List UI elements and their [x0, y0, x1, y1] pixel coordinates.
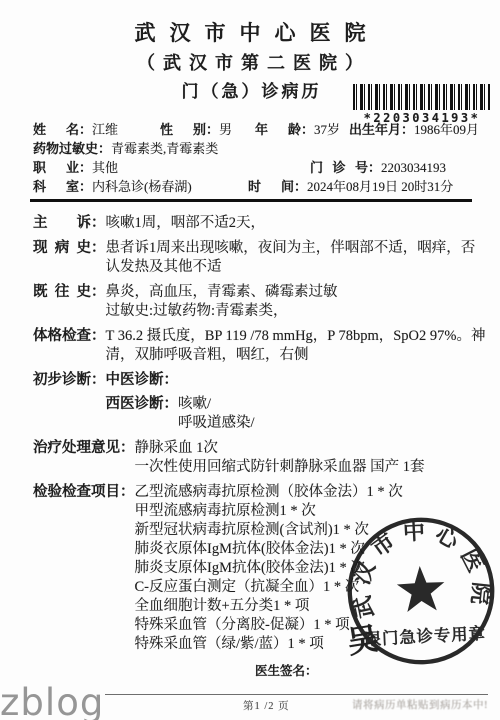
department-label: 科室 [33, 176, 79, 195]
diagnosis-label: 初步诊断 [33, 371, 91, 390]
treatment-label: 治疗处理意见 [33, 439, 120, 458]
colon: ： [91, 328, 106, 344]
physical-exam-label: 体格检查 [33, 327, 91, 346]
department-field: 科室：内科急诊(杨春湖) [33, 176, 192, 195]
tcm-diagnosis-label: 中医诊断： [106, 371, 489, 390]
colon: ： [79, 122, 92, 137]
present-illness-label: 现病史 [33, 239, 91, 258]
colon: ： [206, 122, 219, 137]
colon: ： [91, 240, 106, 256]
paste-note: 请将病历单粘贴到病历本中! [352, 697, 488, 712]
lab-item: 乙型流感病毒抗原检测（胶体金法）1 * 次 [135, 483, 489, 502]
patient-info: 姓名：江维 性别：男 年龄：37岁 出生年月：1986年09月 药物过敏史：青霉… [33, 119, 490, 195]
hospital-alias: （武汉市第二医院） [0, 52, 500, 75]
chief-complaint-section: 主诉： 咳嗽1周，咽部不适2天， [33, 214, 488, 233]
colon: ： [91, 372, 106, 388]
age-label: 年龄 [255, 119, 301, 138]
gender-label: 性别 [160, 119, 206, 138]
patient-row-2: 药物过敏史：青霉素类,青霉素类 [33, 138, 490, 157]
section-divider [30, 199, 472, 202]
physical-exam-section: 体格检查： T 36.2 摄氏度，BP 119 /78 mmHg，P 78bpm… [33, 327, 488, 365]
colon: ： [91, 215, 106, 231]
visit-time-label: 时间 [248, 176, 294, 195]
present-illness-section: 现病史： 患者诉1周来出现咳嗽，夜间为主，伴咽部不适，咽痒，否认发热及其他不适 [33, 239, 488, 277]
lab-tests-label: 检验检查项目 [33, 483, 120, 502]
gender-value: 男 [219, 122, 232, 137]
star-icon [396, 565, 446, 613]
western-diagnosis-label: 西医诊断： [106, 395, 179, 433]
physical-exam-text: T 36.2 摄氏度，BP 119 /78 mmHg，P 78bpm，SpO2 … [106, 327, 489, 365]
treatment-text: 静脉采血 1次 一次性使用回缩式防针刺静脉采血器 国产 1套 [135, 439, 489, 477]
colon: ： [120, 484, 135, 500]
medical-record-page: 武汉市中心医院 （武汉市第二医院） 门（急）诊病历 *2203034193* 姓… [0, 0, 500, 720]
western-diagnosis-item: 咳嗽/ [178, 395, 255, 414]
patient-age-field: 年龄：37岁 [255, 119, 340, 138]
present-illness-text: 患者诉1周来出现咳嗽，夜间为主，伴咽部不适，咽痒，否认发热及其他不适 [106, 239, 489, 277]
barcode-image [353, 84, 491, 110]
visit-time-field: 时间：2024年08月19日 20时31分 [248, 176, 453, 195]
chief-complaint-text: 咳嗽1周，咽部不适2天， [106, 214, 489, 233]
patient-name-field: 姓名：江维 [33, 119, 118, 138]
doctor-signature-label: 医生签名： [255, 661, 318, 679]
western-diagnosis-item: 呼吸道感染/ [178, 414, 255, 433]
colon: ： [91, 284, 106, 300]
past-history-section: 既往史： 鼻炎，高血压，青霉素、磷霉素过敏 过敏史:过敏药物:青霉素类， [33, 283, 488, 321]
chief-complaint-label: 主诉 [33, 214, 91, 233]
patient-row-3: 职业：其他 门诊号：2203034193 [33, 157, 490, 176]
outpatient-no-label: 门诊号 [310, 157, 368, 176]
patient-row-4: 科室：内科急诊(杨春湖) 时间：2024年08月19日 20时31分 [33, 176, 490, 195]
birth-value: 1986年09月 [414, 122, 479, 137]
page-number: 第1 /2 页 [243, 698, 290, 713]
occupation-field: 职业：其他 [33, 157, 118, 176]
patient-row-1: 姓名：江维 性别：男 年龄：37岁 出生年月：1986年09月 [33, 119, 490, 138]
age-value: 37岁 [314, 122, 340, 137]
visit-time-value: 2024年08月19日 20时31分 [307, 179, 453, 194]
name-value: 江维 [92, 122, 118, 137]
footer-divider [105, 694, 488, 695]
colon: ： [79, 160, 92, 175]
colon: ： [79, 179, 92, 194]
drug-allergy-value: 青霉素类,青霉素类 [111, 141, 218, 156]
past-history-label: 既往史 [33, 283, 91, 302]
patient-birth-field: 出生年月：1986年09月 [349, 119, 479, 138]
birth-label: 出生年月： [349, 122, 414, 137]
name-label: 姓名 [33, 119, 79, 138]
treatment-section: 治疗处理意见： 静脉采血 1次 一次性使用回缩式防针刺静脉采血器 国产 1套 [33, 439, 488, 477]
colon: ： [301, 122, 314, 137]
patient-gender-field: 性别：男 [160, 119, 232, 138]
diagnosis-section: 初步诊断： 中医诊断： 西医诊断： 咳嗽/ 呼吸道感染/ [33, 371, 488, 433]
watermark: zblog [0, 681, 104, 720]
hospital-name: 武汉市中心医院 [0, 20, 500, 46]
drug-allergy-label: 药物过敏史： [33, 141, 111, 156]
occupation-value: 其他 [92, 160, 118, 175]
drug-allergy-field: 药物过敏史：青霉素类,青霉素类 [33, 138, 218, 157]
colon: ： [368, 160, 381, 175]
outpatient-no-value: 2203034193 [381, 160, 446, 175]
department-value: 内科急诊(杨春湖) [92, 179, 192, 194]
outpatient-no-field: 门诊号：2203034193 [310, 157, 446, 176]
occupation-label: 职业 [33, 157, 79, 176]
western-diagnosis-row: 西医诊断： 咳嗽/ 呼吸道感染/ [106, 395, 489, 433]
past-history-text: 鼻炎，高血压，青霉素、磷霉素过敏 过敏史:过敏药物:青霉素类， [106, 283, 489, 321]
colon: ： [120, 440, 135, 456]
colon: ： [294, 179, 307, 194]
